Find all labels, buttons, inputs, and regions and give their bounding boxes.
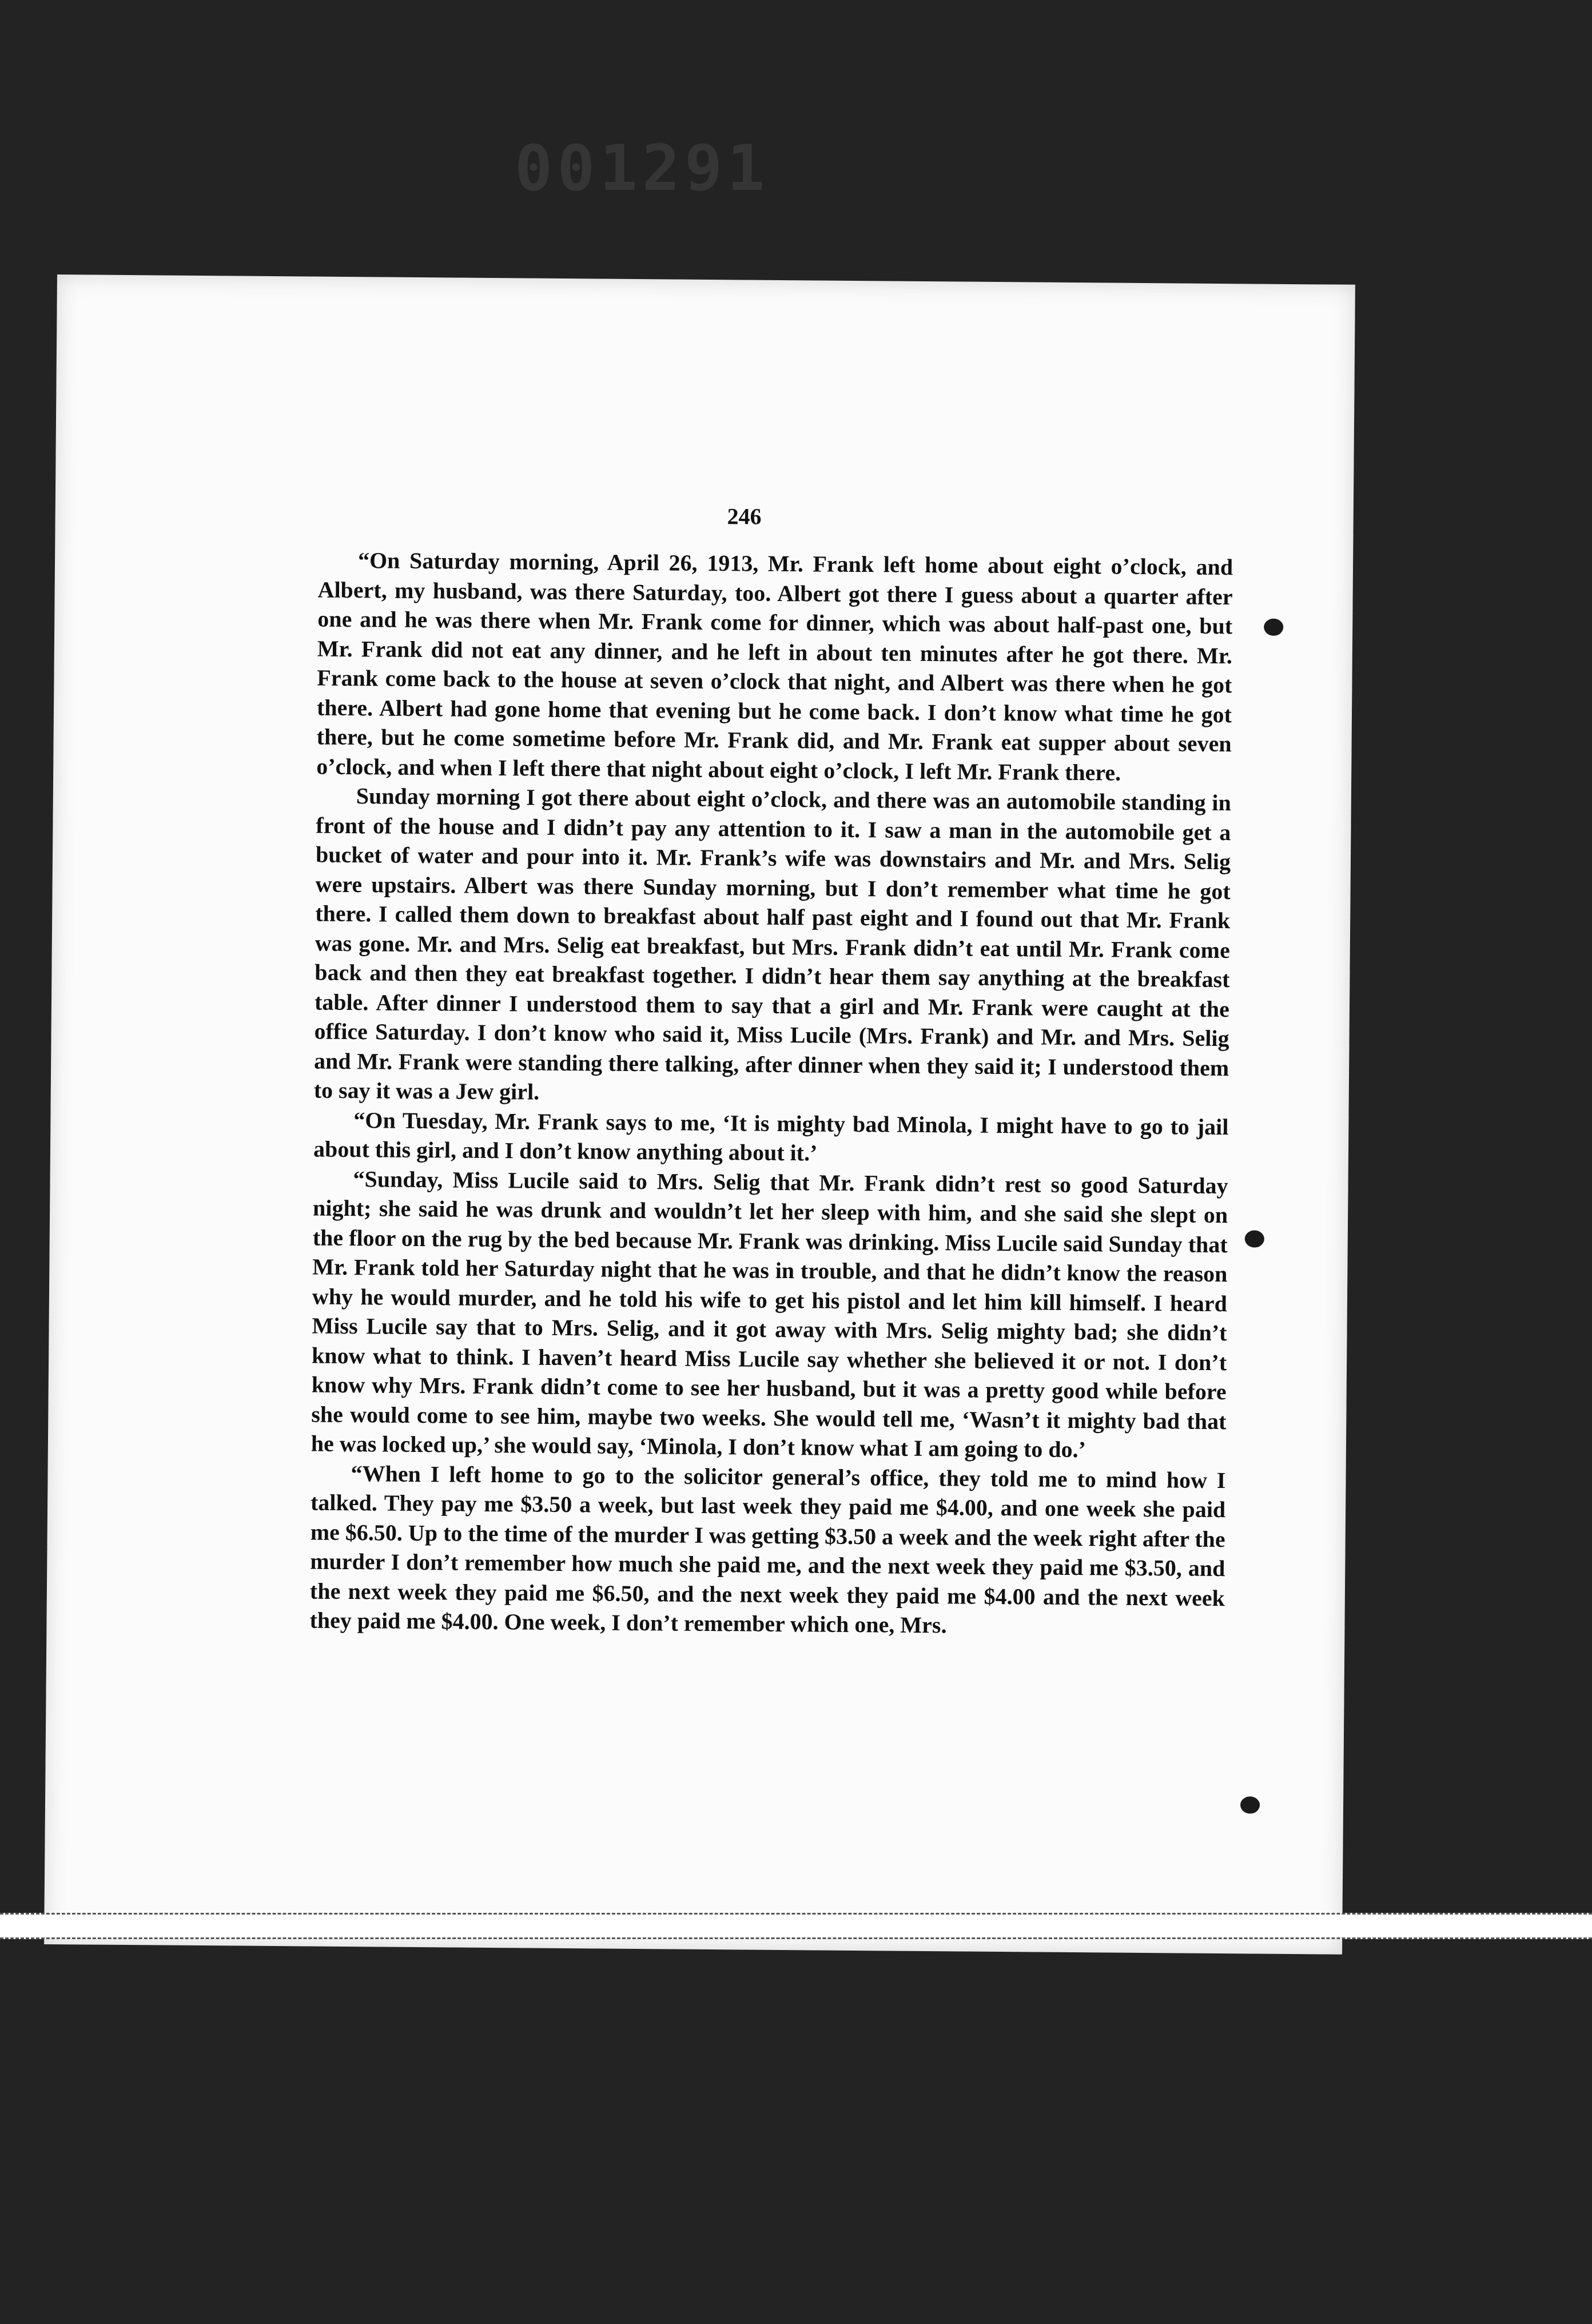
document-page: 246 “On Saturday morning, April 26, 1913… (44, 274, 1355, 1955)
punch-hole (1240, 1796, 1260, 1813)
page-number: 246 (727, 503, 762, 530)
paragraph: “Sunday, Miss Lucile said to Mrs. Selig … (311, 1164, 1228, 1466)
paragraph: “On Saturday morning, April 26, 1913, Mr… (316, 546, 1233, 789)
torn-edge (0, 1913, 1592, 1939)
body-text: “On Saturday morning, April 26, 1913, Mr… (309, 546, 1233, 1642)
punch-hole (1245, 1230, 1264, 1247)
microfilm-background: 001291 246 “On Saturday morning, April 2… (0, 0, 1592, 2324)
paragraph: “When I left home to go to the solicitor… (309, 1458, 1225, 1642)
frame-stamp: 001291 (515, 132, 769, 205)
paragraph: Sunday morning I got there about eight o… (314, 781, 1231, 1112)
punch-hole (1264, 619, 1283, 636)
paragraph: “On Tuesday, Mr. Frank says to me, ‘It i… (313, 1105, 1229, 1171)
